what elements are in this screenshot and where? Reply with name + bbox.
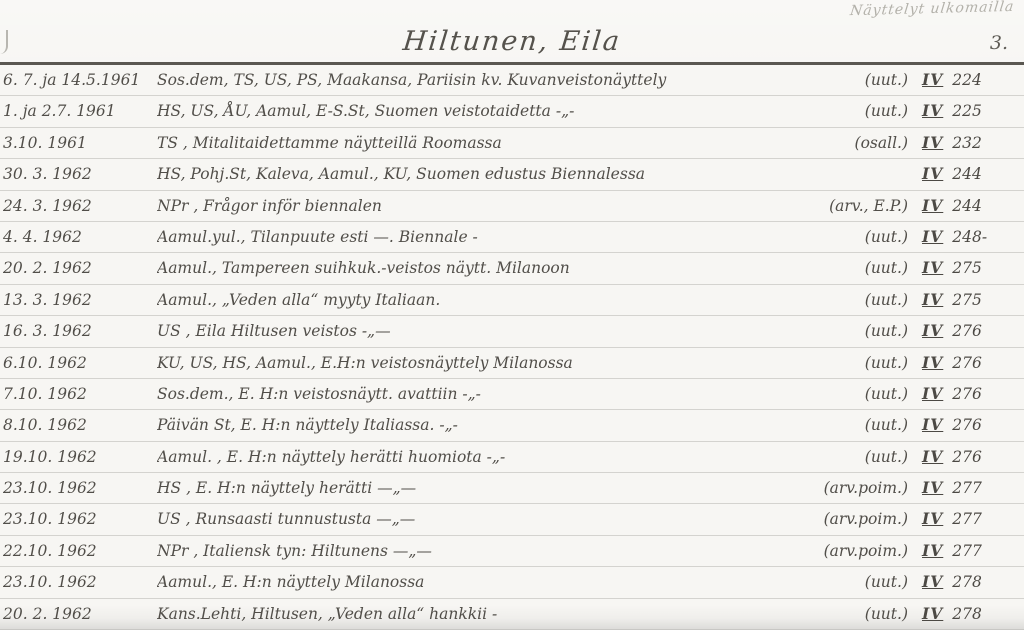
entry-ref: IV 277 [922,473,1018,503]
entry-row: 16. 3. 1962 US , Eila Hiltusen veistos -… [0,316,1024,347]
entry-text: HS, Pohj.St, Kaleva, Aamul., KU, Suomen … [157,159,908,189]
entry-ref-number: 224 [952,65,982,95]
entry-row: 1. ja 2.7. 1961 HS, US, ÅU, Aamul, E-S.S… [0,96,1024,127]
entry-date: 6. 7. ja 14.5.1961 [3,65,157,95]
entry-ref-roman: IV [922,599,943,629]
entry-ref-number: 277 [952,473,982,503]
entry-ref-roman: IV [922,159,943,189]
entry-row: 24. 3. 1962 NPr , Frågor inför biennalen… [0,191,1024,222]
entry-row: 13. 3. 1962 Aamul., „Veden alla“ myyty I… [0,285,1024,316]
entry-note: (uut.) [865,379,908,409]
entry-ref-roman: IV [922,536,943,566]
entry-ref-number: 278 [952,599,982,629]
entry-row: 20. 2. 1962 Kans.Lehti, Hiltusen, „Veden… [0,599,1024,630]
entry-ref-roman: IV [922,442,943,472]
entry-ref: IV 277 [922,504,1018,534]
entry-row: 8.10. 1962 Päivän St, E. H:n näyttely It… [0,410,1024,441]
entry-date: 23.10. 1962 [3,567,157,597]
entry-date: 30. 3. 1962 [3,159,157,189]
card-header: Näyttelyt ulkomailla Hiltunen, Eila 3. [0,0,1024,65]
entry-ref-roman: IV [922,504,943,534]
entry-ref: IV 276 [922,379,1018,409]
entry-ref-roman: IV [922,65,943,95]
entry-ref: IV 276 [922,316,1018,346]
entry-ref: IV 244 [922,191,1018,221]
entry-ref-roman: IV [922,222,943,252]
entry-row: 7.10. 1962 Sos.dem., E. H:n veistosnäytt… [0,379,1024,410]
entry-date: 23.10. 1962 [3,473,157,503]
entry-text: US , Runsaasti tunnustusta —„— [157,504,824,534]
corner-note: Näyttelyt ulkomailla [849,0,1015,19]
scanned-index-card: Näyttelyt ulkomailla Hiltunen, Eila 3. 6… [0,0,1024,630]
entry-note: (uut.) [865,348,908,378]
entry-ref: IV 276 [922,442,1018,472]
entry-row: 23.10. 1962 US , Runsaasti tunnustusta —… [0,504,1024,535]
entry-text: TS , Mitalitaidettamme näytteillä Roomas… [157,128,855,158]
entry-note: (osall.) [855,128,908,158]
entry-row: 4. 4. 1962 Aamul.yul., Tilanpuute esti —… [0,222,1024,253]
entry-ref-number: 276 [952,410,982,440]
entry-row: 19.10. 1962 Aamul. , E. H:n näyttely her… [0,442,1024,473]
entry-text: Aamul., „Veden alla“ myyty Italiaan. [157,285,865,315]
entry-note: (uut.) [865,285,908,315]
entry-ref-number: 275 [952,253,982,283]
entry-text: US , Eila Hiltusen veistos -„— [157,316,865,346]
entry-note: (uut.) [865,96,908,126]
entry-row: 30. 3. 1962 HS, Pohj.St, Kaleva, Aamul.,… [0,159,1024,190]
entry-ref-number: 276 [952,316,982,346]
entry-text: Aamul.yul., Tilanpuute esti —. Biennale … [157,222,865,252]
entry-ref: IV 276 [922,348,1018,378]
entry-row: 3.10. 1961 TS , Mitalitaidettamme näytte… [0,128,1024,159]
entry-ref-number: 276 [952,348,982,378]
entry-text: Sos.dem., E. H:n veistosnäytt. avattiin … [157,379,865,409]
entry-date: 8.10. 1962 [3,410,157,440]
entry-ref-number: 275 [952,285,982,315]
entry-ref-roman: IV [922,567,943,597]
entry-ref-roman: IV [922,96,943,126]
entry-ref: IV 278 [922,599,1018,629]
entry-ref-roman: IV [922,253,943,283]
entry-ref: IV 225 [922,96,1018,126]
entry-ref: IV 248- [922,222,1018,252]
entry-ref-number: 276 [952,379,982,409]
entry-ref-number: 225 [952,96,982,126]
entry-text: Aamul., Tampereen suihkuk.-veistos näytt… [157,253,865,283]
entry-date: 22.10. 1962 [3,536,157,566]
entry-text: Sos.dem, TS, US, PS, Maakansa, Pariisin … [157,65,865,95]
entry-ref: IV 275 [922,285,1018,315]
entry-ref: IV 275 [922,253,1018,283]
entry-note: (arv., E.P.) [829,191,908,221]
entry-ref: IV 276 [922,410,1018,440]
entry-date: 3.10. 1961 [3,128,157,158]
entry-ref: IV 232 [922,128,1018,158]
entry-text: Aamul., E. H:n näyttely Milanossa [157,567,865,597]
entry-ref-number: 248- [952,222,987,252]
entry-text: HS , E. H:n näyttely herätti —„— [157,473,824,503]
page-number: 3. [990,32,1008,54]
entry-row: 20. 2. 1962 Aamul., Tampereen suihkuk.-v… [0,253,1024,284]
entry-ref: IV 278 [922,567,1018,597]
entry-ref-roman: IV [922,379,943,409]
entry-row: 6. 7. ja 14.5.1961 Sos.dem, TS, US, PS, … [0,65,1024,96]
entry-note: (uut.) [865,316,908,346]
entry-date: 4. 4. 1962 [3,222,157,252]
entry-row: 6.10. 1962 KU, US, HS, Aamul., E.H:n vei… [0,348,1024,379]
entry-text: KU, US, HS, Aamul., E.H:n veistosnäyttel… [157,348,865,378]
entry-ref-roman: IV [922,128,943,158]
entry-ref-roman: IV [922,348,943,378]
entry-ref: IV 244 [922,159,1018,189]
entry-date: 7.10. 1962 [3,379,157,409]
entry-text: NPr , Italiensk tyn: Hiltunens —„— [157,536,824,566]
entry-date: 23.10. 1962 [3,504,157,534]
entry-note: (uut.) [865,253,908,283]
page-title: Hiltunen, Eila [0,26,1024,57]
entry-ref-roman: IV [922,473,943,503]
entry-row: 23.10. 1962 Aamul., E. H:n näyttely Mila… [0,567,1024,598]
entry-row: 22.10. 1962 NPr , Italiensk tyn: Hiltune… [0,536,1024,567]
entry-date: 13. 3. 1962 [3,285,157,315]
entry-date: 19.10. 1962 [3,442,157,472]
entry-ref-roman: IV [922,410,943,440]
entry-ref-number: 232 [952,128,982,158]
entries-table: 6. 7. ja 14.5.1961 Sos.dem, TS, US, PS, … [0,65,1024,630]
entry-ref-number: 277 [952,536,982,566]
entry-note: (uut.) [865,65,908,95]
entry-row: 23.10. 1962 HS , E. H:n näyttely herätti… [0,473,1024,504]
entry-date: 6.10. 1962 [3,348,157,378]
entry-note: (arv.poim.) [824,504,908,534]
entry-ref-number: 277 [952,504,982,534]
entry-date: 24. 3. 1962 [3,191,157,221]
entry-text: HS, US, ÅU, Aamul, E-S.St, Suomen veisto… [157,96,865,126]
entry-note: (uut.) [865,410,908,440]
entry-ref-roman: IV [922,285,943,315]
entry-text: NPr , Frågor inför biennalen [157,191,829,221]
entry-text: Päivän St, E. H:n näyttely Italiassa. -„… [157,410,865,440]
entry-ref-roman: IV [922,191,943,221]
entry-note: (uut.) [865,442,908,472]
entry-date: 16. 3. 1962 [3,316,157,346]
entry-date: 20. 2. 1962 [3,253,157,283]
entry-ref-number: 276 [952,442,982,472]
entry-note: (uut.) [865,222,908,252]
entry-date: 1. ja 2.7. 1961 [3,96,157,126]
entry-note: (arv.poim.) [824,536,908,566]
entry-ref-number: 244 [952,159,982,189]
entry-text: Aamul. , E. H:n näyttely herätti huomiot… [157,442,865,472]
entry-date: 20. 2. 1962 [3,599,157,629]
entry-note: (uut.) [865,567,908,597]
entry-ref-roman: IV [922,316,943,346]
entry-note: (uut.) [865,599,908,629]
entry-ref-number: 278 [952,567,982,597]
entry-text: Kans.Lehti, Hiltusen, „Veden alla“ hankk… [157,599,865,629]
entry-ref-number: 244 [952,191,982,221]
entry-ref: IV 277 [922,536,1018,566]
entry-note: (arv.poim.) [824,473,908,503]
entry-ref: IV 224 [922,65,1018,95]
